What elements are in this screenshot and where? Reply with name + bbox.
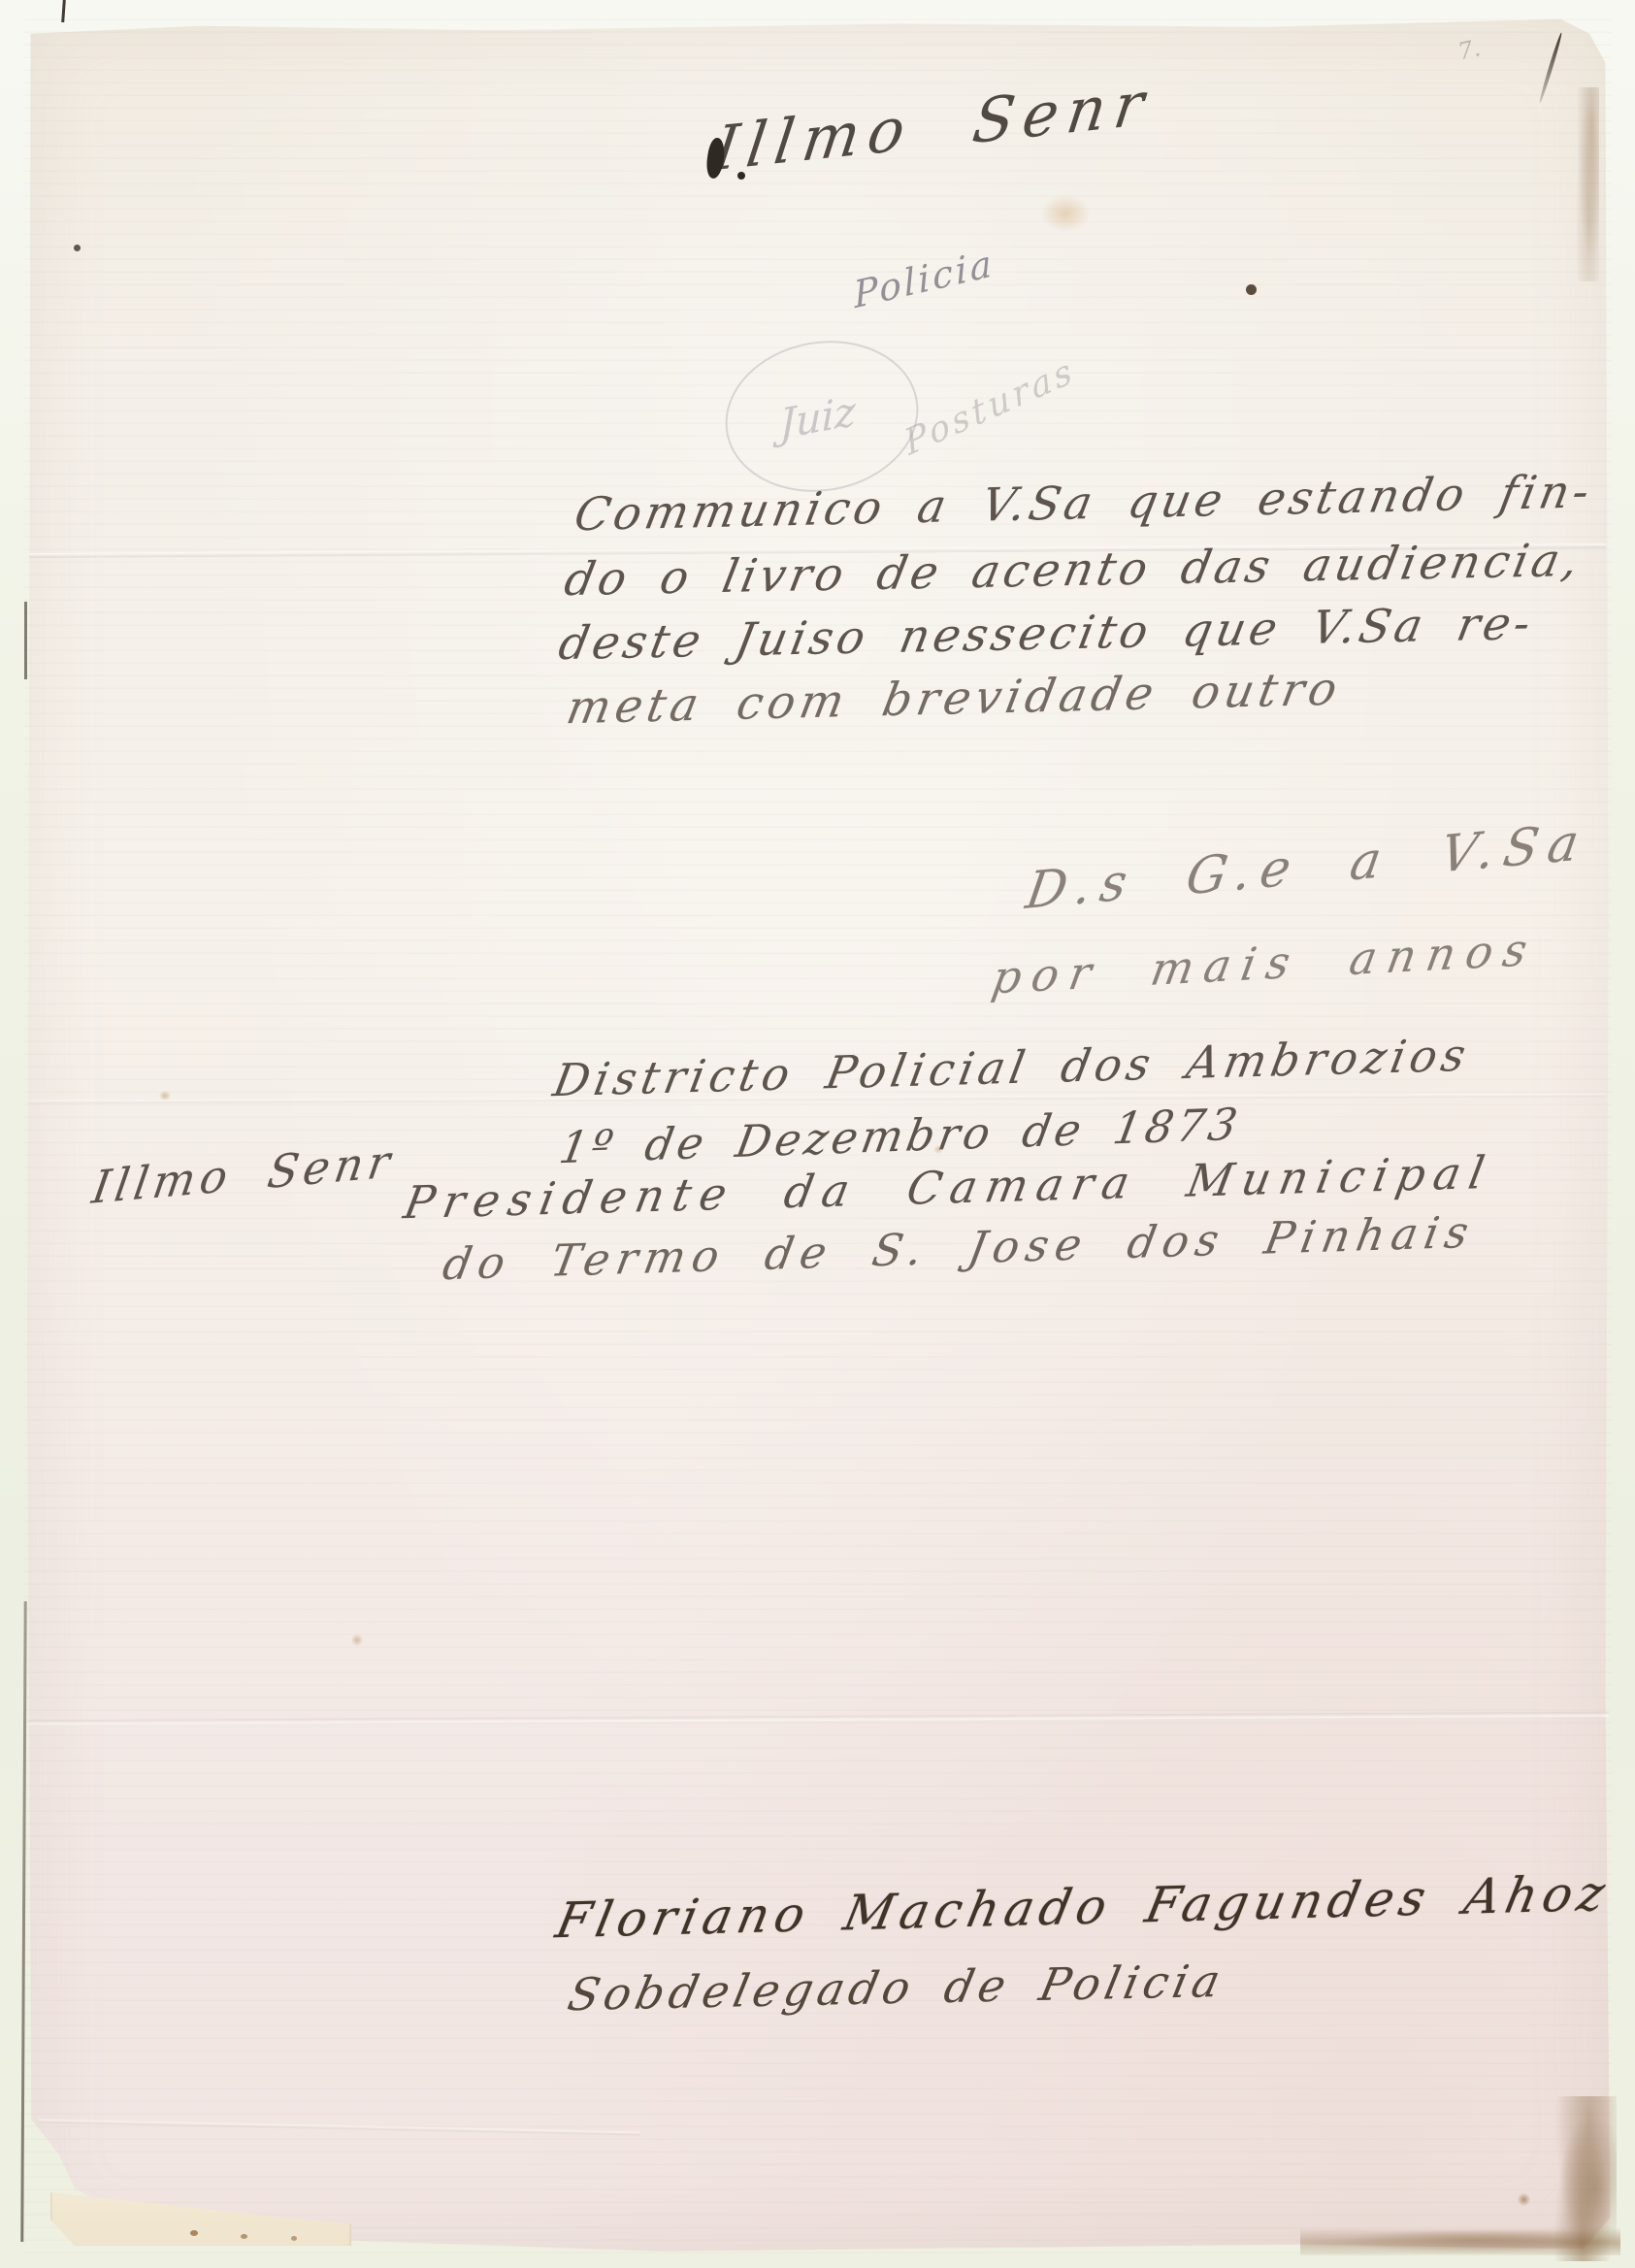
torn-edge-left [24, 602, 27, 679]
pin-mark [61, 0, 66, 22]
torn-edge-left [20, 1601, 26, 2242]
edge-stain-strip [1574, 87, 1599, 281]
stain-bottom-edge [1300, 2224, 1620, 2255]
scan-background: { "document": { "salutation": "Illmo Sen… [0, 0, 1635, 2268]
pencil-note-juiz: Juiz [780, 386, 856, 448]
